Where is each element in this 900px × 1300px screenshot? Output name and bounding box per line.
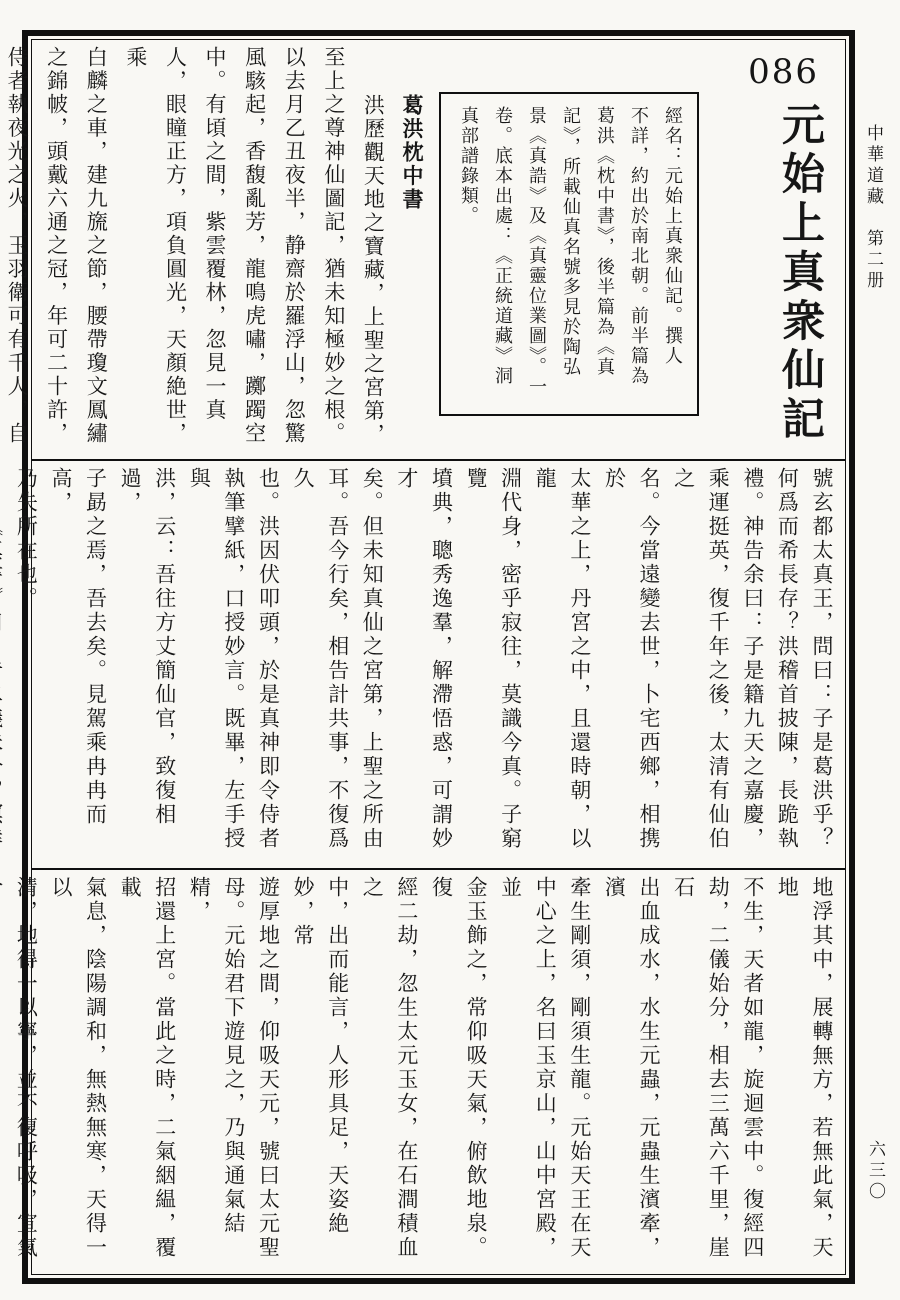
text-column: 牽生剛須，剛須生龍。元始天王在天 xyxy=(562,876,597,1268)
text-column: 洪歷觀天地之寶藏，上聖之宮第， xyxy=(353,46,393,452)
page-inner-frame: 086 元始上真衆仙記 經名：元始上真衆仙記。撰人不詳，約出於南北朝。前半篇為葛… xyxy=(31,39,846,1275)
section-bottom: 地浮其中，展轉無方，若無此氣，天地不生，天者如龍，旋迴雲中。復經四劫，二儀始分，… xyxy=(32,870,845,1274)
section-middle: 號玄都太真王，問曰：子是葛洪乎？何爲而希長存？洪稽首披陳，長跪執禮。神告余曰：子… xyxy=(32,461,845,870)
text-column: 墳典，聰秀逸羣，解滯悟惑，可謂妙才 xyxy=(389,467,458,862)
text-column: 地浮其中，展轉無方，若無此氣，天地 xyxy=(770,876,839,1268)
note-column: 卷。底本出處：《正統道藏》洞 xyxy=(485,106,519,402)
text-column: 清，地得一以寧，並不復呼吸，宣氣合 xyxy=(0,876,43,1268)
note-column: 真部譜錄類。 xyxy=(451,106,485,402)
text-column: 中，出而能言，人形具足，天姿絶妙，常 xyxy=(286,876,355,1268)
text-column: 矣。但未知真仙之宮第，上聖之所由 xyxy=(355,467,390,862)
text-column: 淵代身，密乎寂往，莫識今真。子窮覽 xyxy=(458,467,527,862)
text-column: 白麟之車，建九旒之節，腰帶瓊文鳳繡 xyxy=(76,46,116,452)
text-column: 子勗之焉，吾去矣。見駕乘冉冉而高， xyxy=(43,467,112,862)
text-column: 執筆擘紙，口授妙言。既畢，左手授與 xyxy=(182,467,251,862)
text-column: 中。有頃之間，紫雲覆林，忽見一真 xyxy=(194,46,234,452)
text-column: 母。元始君下遊見之，乃與通氣結精， xyxy=(182,876,251,1268)
text-column: 洪，云：吾往方丈簡仙官，致復相過， xyxy=(113,467,182,862)
text-column: 不生，天者如龍，旋迴雲中。復經四 xyxy=(735,876,770,1268)
text-column: 葛洪枕中書 xyxy=(392,46,432,452)
text-column: 《真書》曰：昔二儀未分，溟涬鴻 xyxy=(0,467,9,862)
text-column: 號玄都太真王，問曰：子是葛洪乎？ xyxy=(804,467,839,862)
text-column: 風駭起，香馥亂芳，龍鳴虎嘯，躑躅空 xyxy=(234,46,274,452)
page-frame: 086 元始上真衆仙記 經名：元始上真衆仙記。撰人不詳，約出於南北朝。前半篇為葛… xyxy=(22,30,855,1284)
edition-label: 中華道藏 第二册 xyxy=(860,124,886,292)
text-column: 名。今當遠變去世，卜宅西鄉，相携於 xyxy=(597,467,666,862)
note-column: 葛洪《枕中書》，後半篇為《真 xyxy=(587,106,621,402)
text-column: 耳。吾今行矣，相告計共事，不復爲久 xyxy=(286,467,355,862)
text-column: 人，眼瞳正方，項負圓光，天顏絶世，乘 xyxy=(115,46,194,452)
text-column: 至上之尊神仙圖記，猶未知極妙之根。 xyxy=(313,46,353,452)
note-column: 不詳，約出於南北朝。前半篇為 xyxy=(621,106,655,402)
note-column: 景《真誥》及《真靈位業圖》。一 xyxy=(519,106,553,402)
scripture-note-box: 經名：元始上真衆仙記。撰人不詳，約出於南北朝。前半篇為葛洪《枕中書》，後半篇為《… xyxy=(439,92,699,416)
note-column: 記》，所載仙真名號多見於陶弘 xyxy=(553,106,587,402)
text-column: 中心之上，名曰玉京山，山中宮殿，並 xyxy=(493,876,562,1268)
section-top: 086 元始上真衆仙記 經名：元始上真衆仙記。撰人不詳，約出於南北朝。前半篇為葛… xyxy=(32,40,845,461)
text-column: 劫，二儀始分，相去三萬六千里，崖石 xyxy=(666,876,735,1268)
folio-page-number: 六三〇 xyxy=(862,1140,888,1203)
top-text-columns: 葛洪枕中書洪歷觀天地之寶藏，上聖之宮第，至上之尊神仙圖記，猶未知極妙之根。以去月… xyxy=(34,46,432,452)
text-column: 招還上宮。當此之時，二氣絪緼，覆載 xyxy=(113,876,182,1268)
text-column: 何爲而希長存？洪稽首披陳，長跪執 xyxy=(770,467,805,862)
text-column: 也。洪因伏叩頭，於是真神即令侍者 xyxy=(251,467,286,862)
text-column: 之錦帔，頭戴六通之冠，年可二十許， xyxy=(36,46,76,452)
text-column: 氣息，陰陽調和，無熱無寒，天得一以 xyxy=(43,876,112,1268)
serial-number: 086 xyxy=(748,52,819,92)
scripture-title: 元始上真衆仙記 xyxy=(769,102,831,445)
scanned-page: 中華道藏 第二册 六三〇 086 元始上真衆仙記 經名：元始上真衆仙記。撰人不詳… xyxy=(0,0,900,1300)
text-column: 以去月乙丑夜半，静齋於羅浮山，忽驚 xyxy=(274,46,314,452)
text-column: 禮。神告余曰：子是籍九天之嘉慶， xyxy=(735,467,770,862)
text-column: 乘運挺英，復千年之後，太清有仙伯之 xyxy=(666,467,735,862)
text-column: 經二劫，忽生太元玉女，在石澗積血之 xyxy=(355,876,424,1268)
text-column: 金玉飾之，常仰吸天氣，俯飲地泉。復 xyxy=(424,876,493,1268)
text-column: 太華之上，丹宮之中，且還時朝，以龍 xyxy=(528,467,597,862)
middle-text-columns: 號玄都太真王，問曰：子是葛洪乎？何爲而希長存？洪稽首披陳，長跪執禮。神告余曰：子… xyxy=(38,467,839,862)
text-column: 乃失所在也。 xyxy=(9,467,44,862)
text-column: 出血成水，水生元蟲，元蟲生濱牽，濱 xyxy=(597,876,666,1268)
text-column: 侍者執夜光之火，玉羽衛可有千人，自 xyxy=(0,46,36,452)
bottom-text-columns: 地浮其中，展轉無方，若無此氣，天地不生，天者如龍，旋迴雲中。復經四劫，二儀始分，… xyxy=(38,876,839,1268)
note-column: 經名：元始上真衆仙記。撰人 xyxy=(655,106,689,402)
text-column: 遊厚地之間，仰吸天元，號曰太元聖 xyxy=(251,876,286,1268)
